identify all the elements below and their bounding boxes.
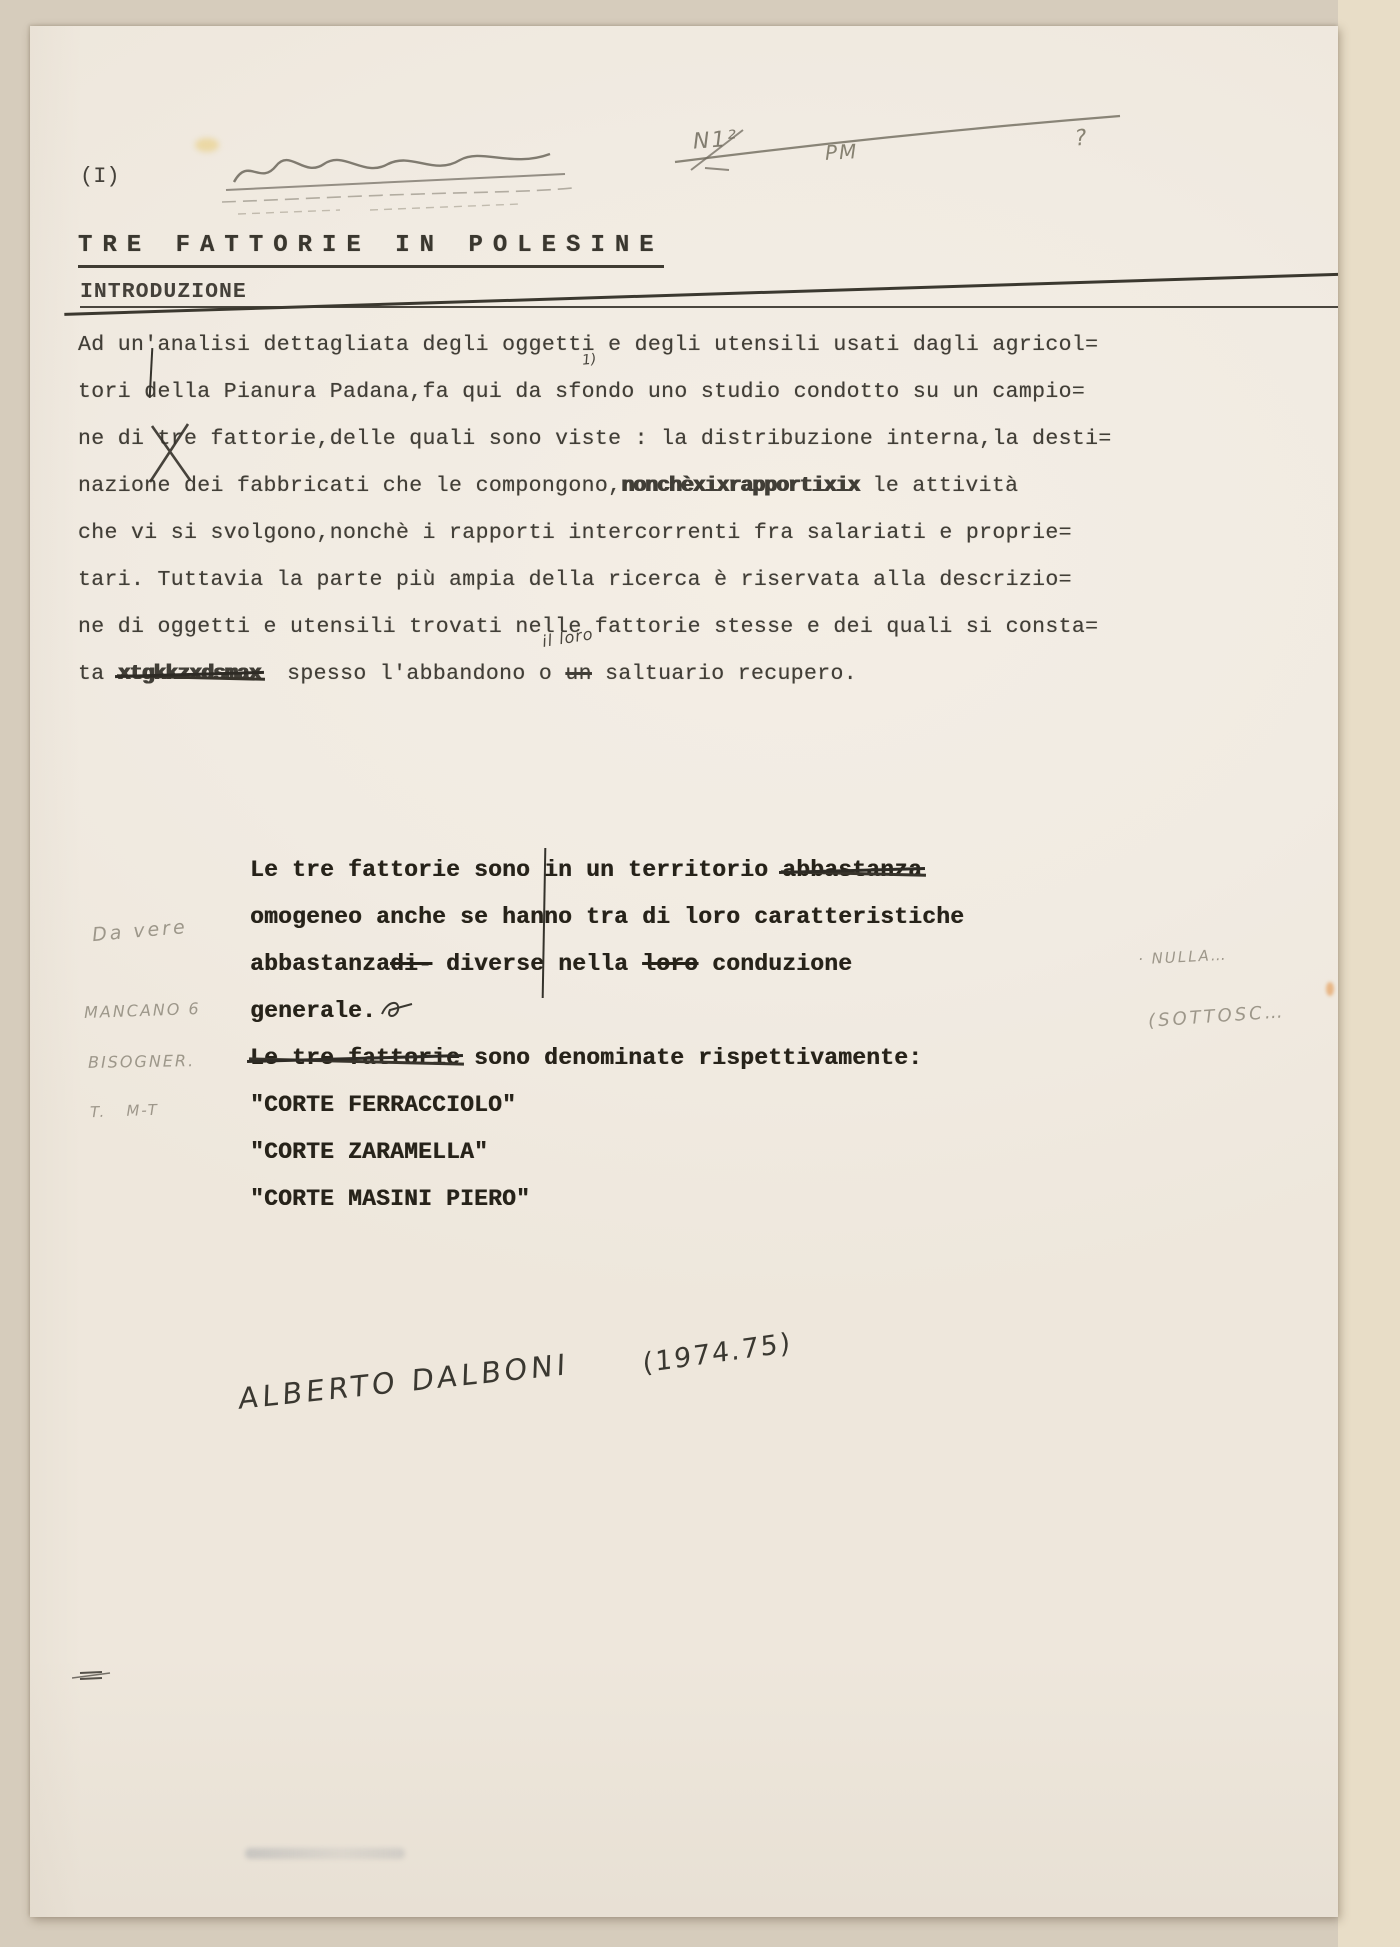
paper-fleck <box>1326 982 1334 996</box>
block-line: abbastanzadi- diverse nella loro conduzi… <box>250 951 852 977</box>
struck-overtyped-text: xtgkkzxdsmax <box>118 662 261 686</box>
margin-note-left: BISOGNER. <box>88 1051 195 1072</box>
struck-word-un: un <box>565 662 592 686</box>
struck-word-abbastanza: abbastanza <box>782 857 922 883</box>
line-segment: ta <box>78 662 118 686</box>
margin-note-right: (SOTTOSC… <box>1147 1001 1286 1032</box>
signature-author: ALBERTO DALBONI <box>238 1347 570 1416</box>
line-segment: diverse nella <box>432 951 642 977</box>
line-segment: le attività <box>859 474 1018 498</box>
farm-name: "CORTE MASINI PIERO" <box>250 1186 530 1212</box>
block-line: Le tre fattorie sono denominate rispetti… <box>250 1045 922 1071</box>
pen-squiggle <box>380 998 414 1024</box>
farm-name: "CORTE FERRACCIOLO" <box>250 1092 516 1118</box>
block-line: omogeneo anche se hanno tra di loro cara… <box>250 904 964 930</box>
paragraph-line: nazione dei fabbricati che le compongono… <box>78 474 1018 498</box>
line-segment: conduzione <box>698 951 852 977</box>
margin-note-left: Da vere <box>91 916 188 946</box>
block-line: Le tre fattorie sono in un territorio ab… <box>250 857 922 883</box>
paragraph-line: ne di tre fattorie,delle quali sono vist… <box>78 427 1112 451</box>
scanned-document: (I) N1² PM ? TRE FATTORIE IN POLESINE IN… <box>0 0 1400 1947</box>
line-segment: abbastanza <box>250 951 390 977</box>
paper-stain <box>195 138 219 152</box>
margin-note-right: · NULLA… <box>1138 946 1229 969</box>
margin-note-left: MANCANO 6 <box>84 999 201 1022</box>
paragraph-line: tari. Tuttavia la parte più ampia della … <box>78 568 1072 592</box>
margin-note-left: T. M-T <box>90 1101 159 1121</box>
pen-equals-mark <box>72 1664 112 1690</box>
document-title: TRE FATTORIE IN POLESINE <box>78 232 664 268</box>
crossed-out-scribble <box>220 134 580 226</box>
struck-segment: di- <box>390 951 432 977</box>
line-segment: sono denominate rispettivamente: <box>460 1045 922 1071</box>
line-segment: Le tre fattorie sono in un territorio <box>250 857 782 883</box>
faint-stamp <box>245 1848 405 1859</box>
pencil-note-initials: PM <box>824 139 859 165</box>
block-line: generale. <box>250 998 376 1024</box>
typewritten-page: (I) N1² PM ? TRE FATTORIE IN POLESINE IN… <box>30 26 1338 1917</box>
pen-x-mark <box>144 422 198 484</box>
struck-word-loro: loro <box>642 951 698 977</box>
mat-background-right <box>1338 0 1400 1947</box>
farm-name: "CORTE ZARAMELLA" <box>250 1139 488 1165</box>
paragraph-line: tori della Pianura Padana,fa qui da sfon… <box>78 380 1085 404</box>
handwritten-footnote-mark: 1) <box>581 351 597 368</box>
pencil-note-number: N1² <box>692 126 739 154</box>
paragraph-line: che vi si svolgono,nonchè i rapporti int… <box>78 521 1072 545</box>
pencil-note-question-mark: ? <box>1074 125 1090 151</box>
struck-heading-introduzione: INTRODUZIONE <box>80 280 1338 308</box>
paragraph-line: ta xtgkkzxdsmax spesso l'abbandono o un … <box>78 662 857 686</box>
signature-years: (1974.75) <box>642 1327 792 1379</box>
line-segment: spesso l'abbandono o <box>261 662 566 686</box>
line-segment: generale. <box>250 998 376 1024</box>
overtyped-deleted-text: nonchèxixrapportixix <box>621 474 859 498</box>
struck-phrase: Le tre fattorie <box>250 1045 460 1071</box>
line-segment: saltuario recupero. <box>592 662 857 686</box>
page-number: (I) <box>80 164 120 189</box>
crossed-out-pencil-note: N1² PM ? <box>645 104 1125 184</box>
